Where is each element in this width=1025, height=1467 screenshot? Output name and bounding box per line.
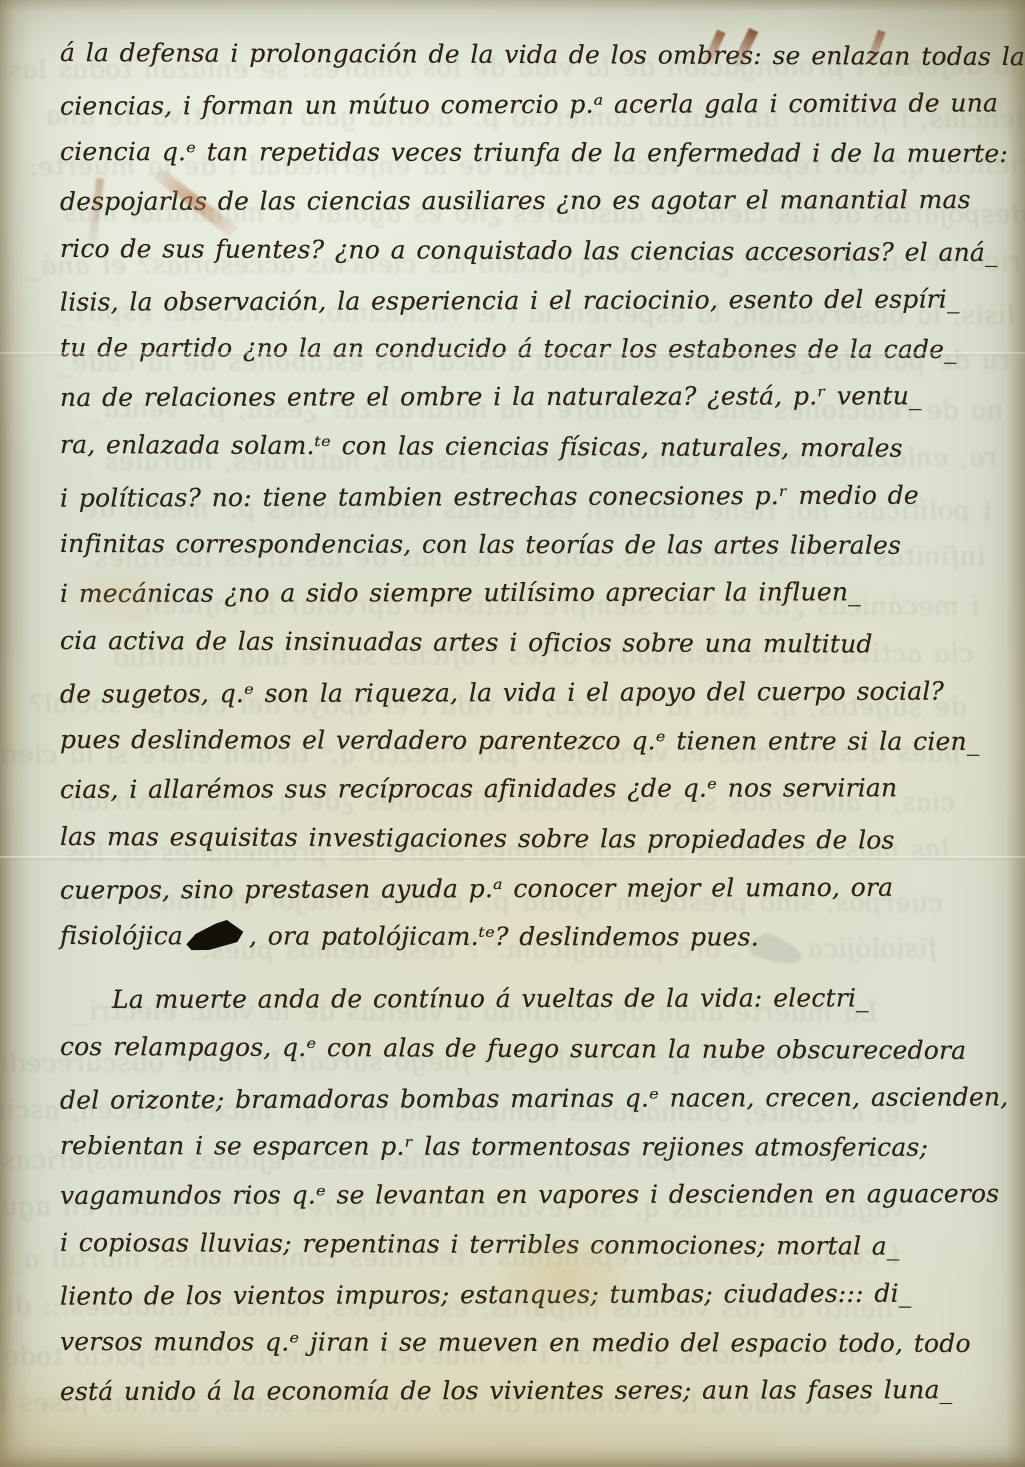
manuscript-line: vagamundos rios q.ᵉ se levantan en vapor… [60, 1169, 999, 1220]
manuscript-line: i políticas? no: tiene tambien estrechas… [60, 470, 999, 522]
manuscript-page-scan: á la defensa i prolongación de la vida d… [0, 0, 1025, 1467]
manuscript-line: de sugetos, q.ᵉ son la riqueza, la vida … [60, 666, 999, 718]
manuscript-line: pues deslindemos el verdadero parentezco… [60, 715, 999, 766]
manuscript-line: i copiosas lluvias; repentinas i terribl… [60, 1218, 999, 1271]
manuscript-line: cias, i allarémos sus recíprocas afinida… [60, 763, 999, 814]
manuscript-line: cuerpos, sino prestasen ayuda p.ᵃ conoce… [60, 862, 999, 914]
manuscript-line: tu de partido ¿no la an conducido á toca… [60, 323, 999, 374]
manuscript-text: á la defensa i prolongación de la vida d… [0, 0, 1025, 1416]
manuscript-line: versos mundos q.ᵉ jiran i se mueven en m… [60, 1317, 999, 1368]
manuscript-line: rico de sus fuentes? ¿no a conquistado l… [60, 224, 999, 277]
manuscript-line: despojarlas de las ciencias ausiliares ¿… [60, 175, 999, 226]
manuscript-line: na de relaciones entre el ombre i la nat… [60, 371, 999, 422]
manuscript-line: La muerte anda de contínuo á vueltas de … [60, 973, 999, 1024]
manuscript-line: fisiolójica, ora patolójicam.ᵗᵉ? deslind… [60, 911, 999, 962]
manuscript-line: rebientan i se esparcen p.ʳ las tormento… [60, 1121, 999, 1172]
manuscript-line: cos relampagos, q.ᵉ con alas de fuego su… [60, 1022, 999, 1075]
manuscript-line: ciencias, i forman un mútuo comercio p.ᵃ… [60, 78, 999, 130]
manuscript-line: liento de los vientos impuros; estanques… [60, 1268, 999, 1320]
manuscript-line-text: , ora patolójicam.ᵗᵉ? deslindemos pues. [249, 921, 759, 951]
manuscript-line: i mecánicas ¿no a sido siempre utilísimo… [60, 567, 999, 618]
manuscript-line: ra, enlazada solam.ᵗᵉ con las ciencias f… [60, 420, 999, 473]
ink-blot [184, 918, 245, 952]
manuscript-line: las mas esquisitas investigaciones sobre… [60, 812, 999, 865]
manuscript-line: está unido á la economía de los viviente… [60, 1365, 999, 1416]
manuscript-line-text: fisiolójica [60, 921, 183, 950]
manuscript-line: cia activa de las insinuadas artes i ofi… [60, 616, 999, 669]
manuscript-line: lisis, la observación, la esperiencia i … [60, 274, 999, 326]
manuscript-line: del orizonte; bramadoras bombas marinas … [60, 1072, 999, 1124]
manuscript-line: ciencia q.ᵉ tan repetidas veces triunfa … [60, 127, 999, 178]
manuscript-line: infinitas correspondencias, con las teor… [60, 519, 999, 570]
manuscript-line: á la defensa i prolongación de la vida d… [60, 28, 999, 81]
